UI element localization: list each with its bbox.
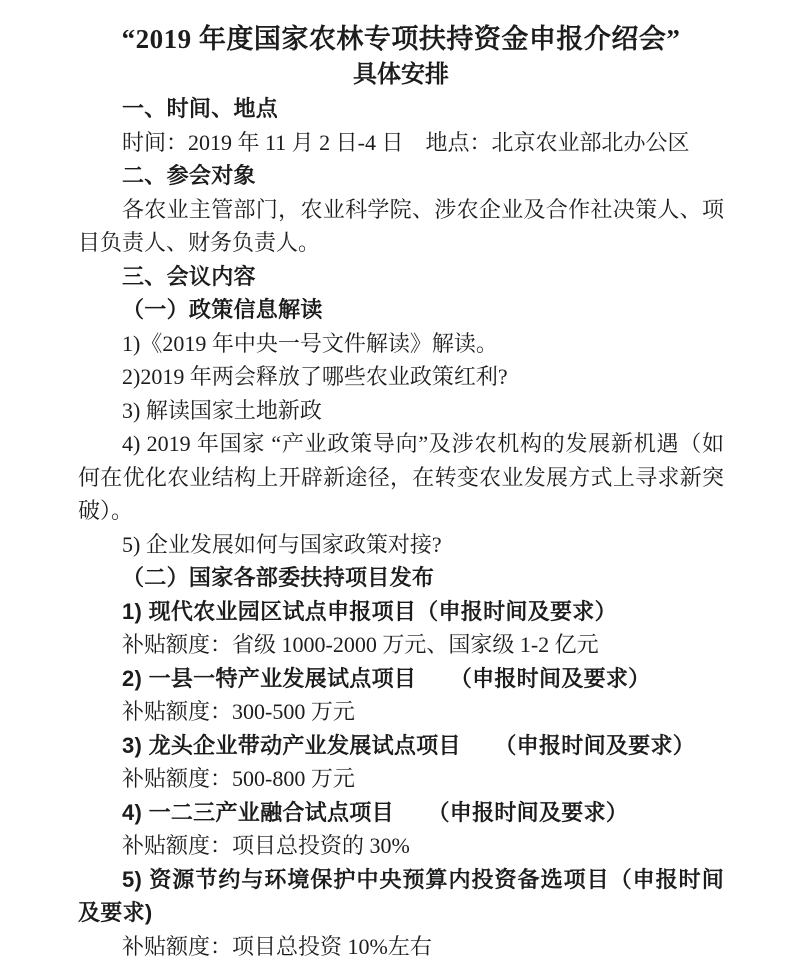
policy-item-4: 4) 2019 年国家 “产业政策导向”及涉农机构的发展新机遇（如何在优化农业结… (78, 427, 724, 528)
attendees-paragraph: 各农业主管部门，农业科学院、涉农企业及合作社决策人、项目负责人、财务负责人。 (78, 193, 724, 260)
section-1-heading: 一、时间、地点 (78, 92, 724, 126)
policy-item-3: 3) 解读国家土地新政 (78, 394, 724, 428)
project-item-5-title: 5) 资源节约与环境保护中央预算内投资备选项目（申报时间及要求) (78, 863, 724, 930)
policy-item-1: 1)《2019 年中央一号文件解读》解读。 (78, 327, 724, 361)
section-2-heading: 二、参会对象 (78, 159, 724, 193)
section-3-heading: 三、会议内容 (78, 260, 724, 294)
project-item-3-subsidy: 补贴额度：500-800 万元 (78, 762, 724, 796)
policy-item-5: 5) 企业发展如何与国家政策对接? (78, 528, 724, 562)
project-item-4-title: 4) 一二三产业融合试点项目 （申报时间及要求） (78, 796, 724, 830)
project-item-4-subsidy: 补贴额度：项目总投资的 30% (78, 829, 724, 863)
document-page: “2019 年度国家农林专项扶持资金申报介绍会” 具体安排 一、时间、地点 时间… (0, 0, 800, 967)
project-item-2-title: 2) 一县一特产业发展试点项目 （申报时间及要求） (78, 662, 724, 696)
project-item-3-title: 3) 龙头企业带动产业发展试点项目 （申报时间及要求） (78, 729, 724, 763)
policy-item-2: 2)2019 年两会释放了哪些农业政策红利? (78, 360, 724, 394)
time-location-line: 时间：2019 年 11 月 2 日-4 日 地点：北京农业部北办公区 (78, 126, 724, 160)
doc-title: “2019 年度国家农林专项扶持资金申报介绍会” (78, 20, 724, 58)
project-item-1-title: 1) 现代农业园区试点申报项目（申报时间及要求） (78, 595, 724, 629)
project-item-2-subsidy: 补贴额度：300-500 万元 (78, 695, 724, 729)
subsection-2-heading: （二）国家各部委扶持项目发布 (78, 561, 724, 595)
doc-subtitle: 具体安排 (78, 58, 724, 92)
project-item-1-subsidy: 补贴额度：省级 1000-2000 万元、国家级 1-2 亿元 (78, 628, 724, 662)
subsection-1-heading: （一）政策信息解读 (78, 293, 724, 327)
project-item-5-subsidy: 补贴额度：项目总投资 10%左右 (78, 930, 724, 964)
